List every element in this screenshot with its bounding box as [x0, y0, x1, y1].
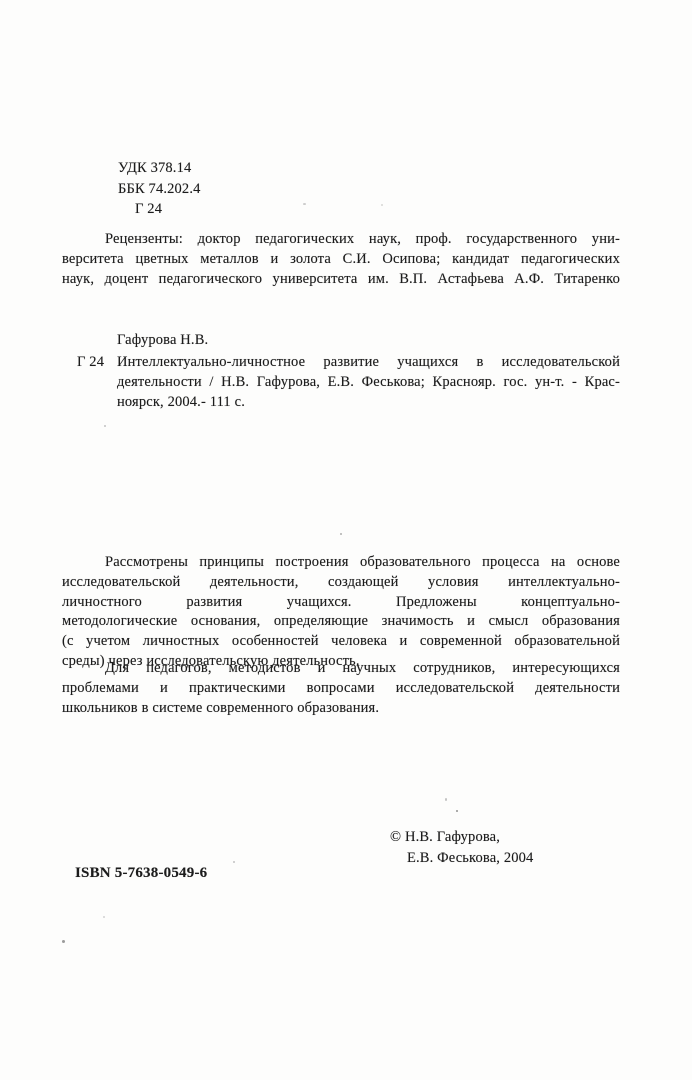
author-sign: Г 24: [118, 199, 201, 220]
annotation-line: проблемами и практическими вопросами исс…: [62, 679, 620, 699]
scan-speck: [103, 916, 105, 918]
annotation-line: методологические основания, определяющие…: [62, 612, 620, 632]
scan-speck: [303, 203, 306, 205]
annotation-line: Для педагогов, методистов и научных сотр…: [62, 659, 620, 679]
author-heading: Гафурова Н.В.: [117, 331, 208, 351]
scan-speck: [233, 861, 235, 863]
annotation-line: личностного развития учащихся. Предложен…: [62, 593, 620, 613]
annotation-paragraph-1: Рассмотрены принципы построения образова…: [62, 553, 620, 672]
copyright-line: © Н.В. Гафурова,: [390, 827, 533, 848]
scan-speck: [62, 940, 65, 943]
reviewers-line: Рецензенты: доктор педагогических наук, …: [62, 230, 620, 250]
scanned-book-imprint-page: УДК 378.14 ББК 74.202.4 Г 24 Рецензенты:…: [0, 0, 692, 1080]
scan-speck: [104, 425, 106, 427]
annotation-paragraph-2: Для педагогов, методистов и научных сотр…: [62, 659, 620, 718]
catalog-line: ноярск, 2004.- 111 с.: [117, 393, 620, 413]
scan-speck: [445, 798, 447, 801]
catalog-entry: Г 24 Интеллектуально-личностное развитие…: [62, 353, 620, 412]
scan-speck: [340, 533, 342, 535]
bbk-number: ББК 74.202.4: [118, 179, 201, 200]
catalog-code: Г 24: [77, 353, 104, 373]
catalog-line: Интеллектуально-личностное развитие учащ…: [117, 353, 620, 373]
annotation-line: Рассмотрены принципы построения образова…: [62, 553, 620, 573]
catalog-text: Интеллектуально-личностное развитие учащ…: [62, 353, 620, 412]
catalog-line: деятельности / Н.В. Гафурова, Е.В. Феськ…: [117, 373, 620, 393]
reviewers-paragraph: Рецензенты: доктор педагогических наук, …: [62, 230, 620, 289]
annotation-line: исследовательской деятельности, создающе…: [62, 573, 620, 593]
scan-speck: [456, 810, 458, 812]
reviewers-line: наук, доцент педагогического университет…: [62, 270, 620, 290]
udc-number: УДК 378.14: [118, 158, 201, 179]
copyright-block: © Н.В. Гафурова, Е.В. Феськова, 2004: [390, 827, 533, 869]
annotation-line: школьников в системе современного образо…: [62, 699, 620, 719]
annotation-line: (с учетом личностных особенностей челове…: [62, 632, 620, 652]
classification-block: УДК 378.14 ББК 74.202.4 Г 24: [118, 158, 201, 220]
reviewers-line: верситета цветных металлов и золота С.И.…: [62, 250, 620, 270]
isbn: ISBN 5-7638-0549-6: [75, 864, 207, 884]
copyright-line: Е.В. Феськова, 2004: [390, 848, 533, 869]
scan-speck: [381, 204, 383, 206]
